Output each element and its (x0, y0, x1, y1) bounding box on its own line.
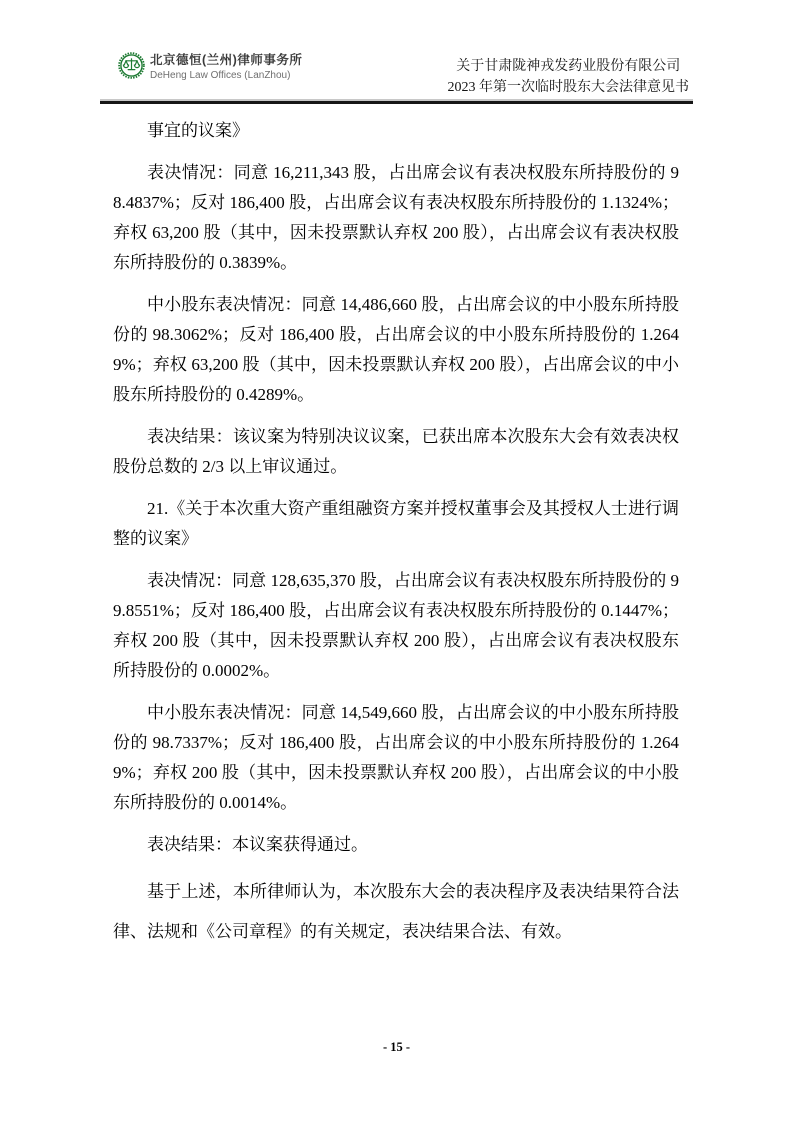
paragraph: 中小股东表决情况：同意 14,486,660 股，占出席会议的中小股东所持股份的… (113, 290, 679, 410)
document-body: 事宜的议案》 表决情况：同意 16,211,343 股，占出席会议有表决权股东所… (113, 116, 679, 952)
firm-name-zh: 北京德恒(兰州)律师事务所 (150, 52, 302, 68)
document-title-line1: 关于甘肃陇神戎发药业股份有限公司 (448, 56, 690, 77)
paragraph: 表决情况：同意 128,635,370 股，占出席会议有表决权股东所持股份的 9… (113, 566, 679, 686)
paragraph: 表决结果：本议案获得通过。 (113, 830, 679, 860)
firm-header: 北京德恒(兰州)律师事务所 DeHeng Law Offices (LanZho… (118, 52, 302, 82)
paragraph: 中小股东表决情况：同意 14,549,660 股，占出席会议的中小股东所持股份的… (113, 698, 679, 818)
firm-names: 北京德恒(兰州)律师事务所 DeHeng Law Offices (LanZho… (150, 52, 302, 82)
paragraph: 21.《关于本次重大资产重组融资方案并授权董事会及其授权人士进行调整的议案》 (113, 494, 679, 554)
scales-seal-icon (118, 52, 145, 79)
header-divider (100, 101, 693, 104)
document-title: 关于甘肃陇神戎发药业股份有限公司 2023 年第一次临时股东大会法律意见书 (448, 56, 690, 98)
paragraph: 表决结果：该议案为特别决议议案，已获出席本次股东大会有效表决权股份总数的 2/3… (113, 422, 679, 482)
paragraph: 事宜的议案》 (113, 116, 679, 146)
document-title-line2: 2023 年第一次临时股东大会法律意见书 (448, 77, 690, 98)
firm-name-en: DeHeng Law Offices (LanZhou) (150, 70, 302, 82)
paragraph: 基于上述，本所律师认为，本次股东大会的表决程序及表决结果符合法律、法规和《公司章… (113, 872, 679, 952)
page-number: - 15 - (0, 1040, 793, 1055)
document-page: 北京德恒(兰州)律师事务所 DeHeng Law Offices (LanZho… (0, 0, 793, 1122)
paragraph: 表决情况：同意 16,211,343 股，占出席会议有表决权股东所持股份的 98… (113, 158, 679, 278)
